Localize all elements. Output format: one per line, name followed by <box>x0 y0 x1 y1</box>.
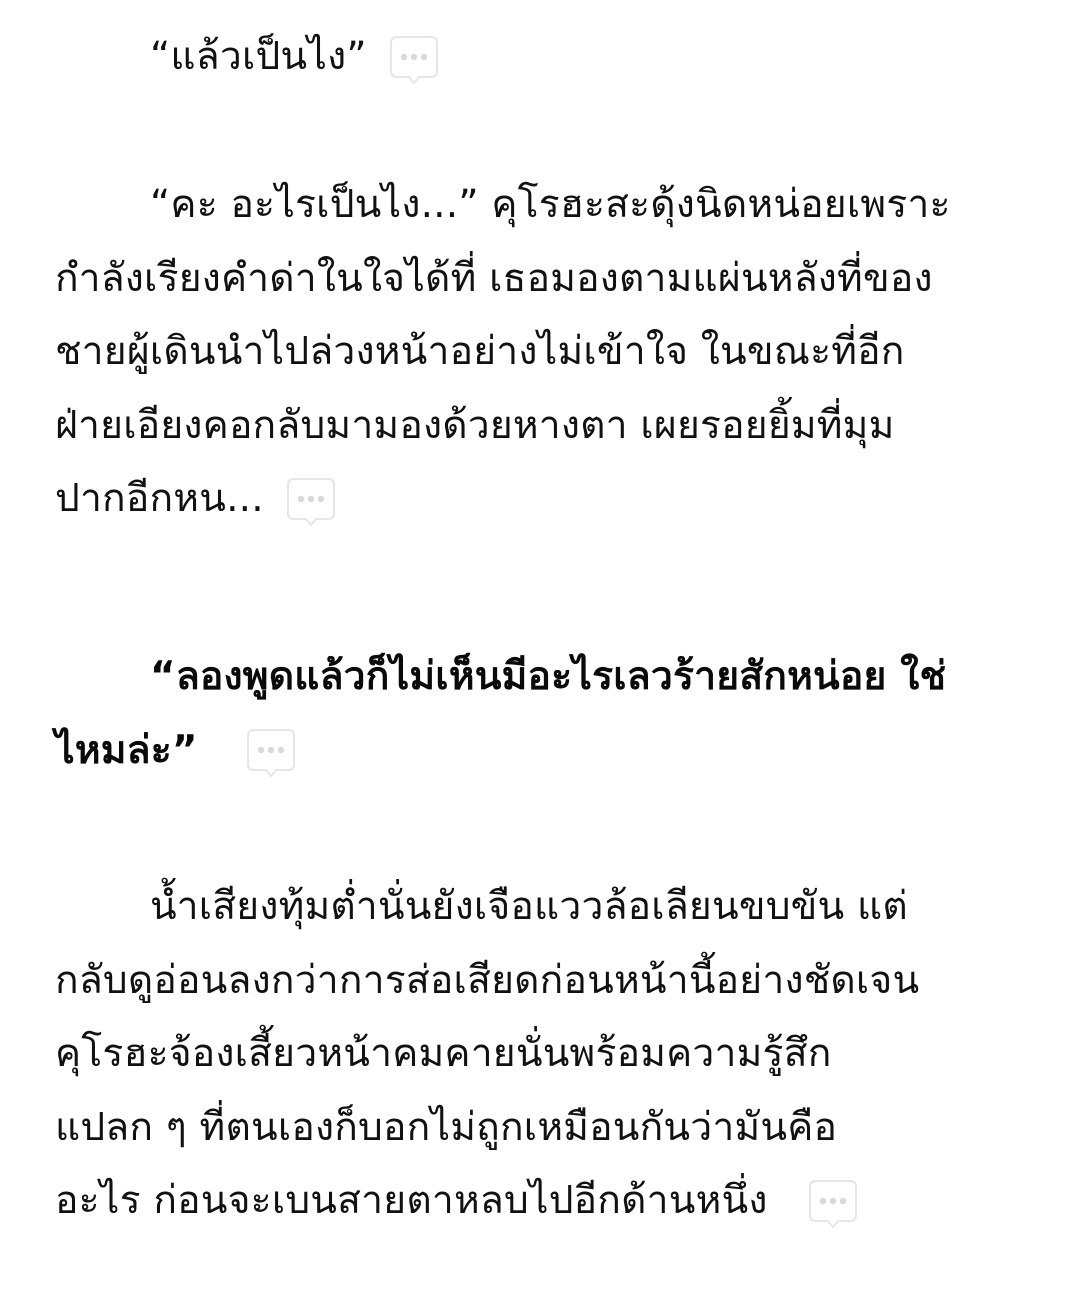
paragraph-line: กลับดูอ่อนลงกว่าการส่อเสียดก่อนหน้านี้อย… <box>55 944 1030 1018</box>
paragraph-line: “คะ อะไรเป็นไง...” คุโรฮะสะดุ้งนิดหน่อยเ… <box>55 168 1030 242</box>
comment-bubble-icon[interactable] <box>246 728 296 768</box>
comment-bubble-icon[interactable] <box>389 35 439 75</box>
reader-page: “แล้วเป็นไง” “คะ อะไรเป็นไง...” คุโรฮะสะ… <box>0 0 1080 1308</box>
paragraph-line: คุโรฮะจ้องเสี้ยวหน้าคมคายนั่นพร้อมความรู… <box>55 1017 1030 1091</box>
paragraph-line: ฝ่ายเอียงคอกลับมามองด้วยหางตา เผยรอยยิ้ม… <box>55 389 1030 463</box>
paragraph-1: “แล้วเป็นไง” <box>55 20 1030 94</box>
paragraph-3-bold-dialogue: “ลองพูดแล้วก็ไม่เห็นมีอะไรเลวร้ายสักหน่อ… <box>55 640 1030 787</box>
paragraph-line: “ลองพูดแล้วก็ไม่เห็นมีอะไรเลวร้ายสักหน่อ… <box>55 640 1030 714</box>
paragraph-2: “คะ อะไรเป็นไง...” คุโรฮะสะดุ้งนิดหน่อยเ… <box>55 168 1030 536</box>
paragraph-line: กำลังเรียงคำด่าในใจได้ที่ เธอมองตามแผ่นห… <box>55 242 1030 316</box>
comment-bubble-icon[interactable] <box>808 1179 858 1219</box>
paragraph-line: ชายผู้เดินนำไปล่วงหน้าอย่างไม่เข้าใจ ในข… <box>55 315 1030 389</box>
line-text: ปากอีกหน... <box>55 476 264 521</box>
paragraph-line: ปากอีกหน... <box>55 462 1030 536</box>
line-text: ไหมล่ะ” <box>55 728 198 773</box>
paragraph-line: “แล้วเป็นไง” <box>55 20 1030 94</box>
paragraph-line: ไหมล่ะ” <box>55 714 1030 788</box>
line-text: “แล้วเป็นไง” <box>150 34 367 79</box>
paragraph-4: น้ำเสียงทุ้มต่ำนั่นยังเจือแววล้อเลียนขบข… <box>55 870 1030 1238</box>
paragraph-line: อะไร ก่อนจะเบนสายตาหลบไปอีกด้านหนึ่ง <box>55 1164 1030 1238</box>
paragraph-line: แปลก ๆ ที่ตนเองก็บอกไม่ถูกเหมือนกันว่ามั… <box>55 1091 1030 1165</box>
line-text: อะไร ก่อนจะเบนสายตาหลบไปอีกด้านหนึ่ง <box>55 1178 768 1223</box>
paragraph-line: น้ำเสียงทุ้มต่ำนั่นยังเจือแววล้อเลียนขบข… <box>55 870 1030 944</box>
comment-bubble-icon[interactable] <box>286 477 336 517</box>
